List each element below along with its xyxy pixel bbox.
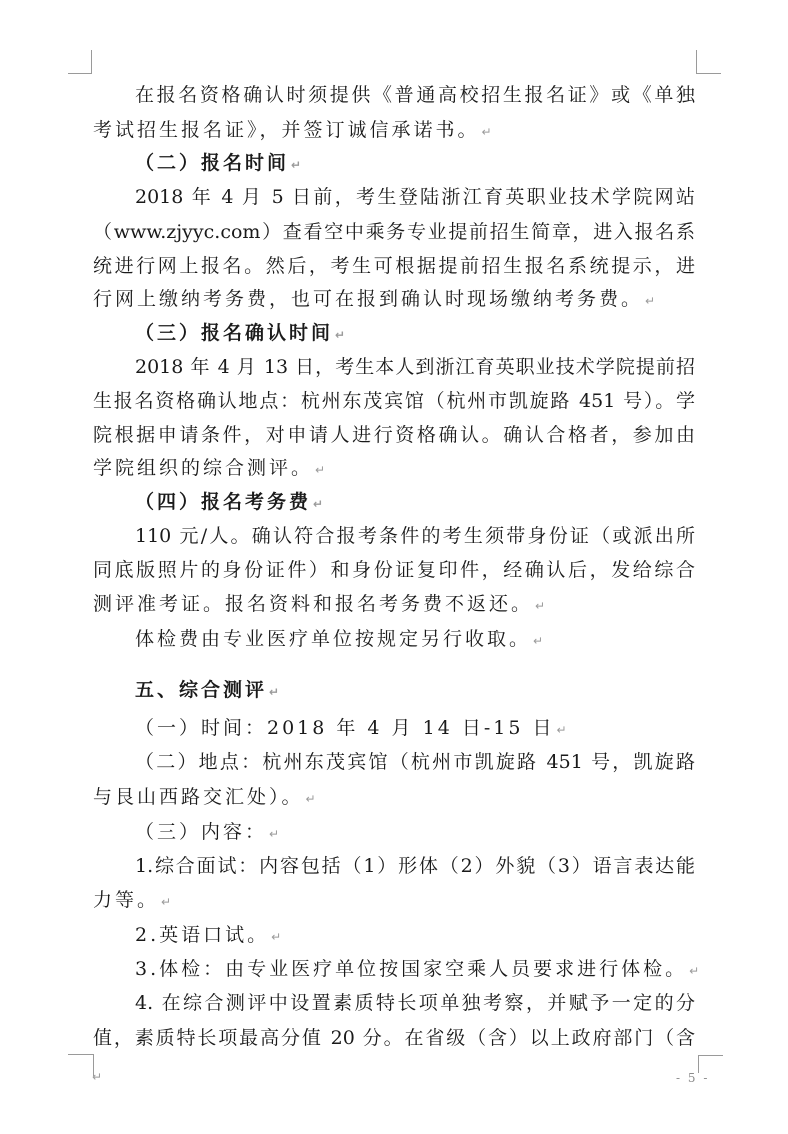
page-number: - 5 - (676, 1071, 709, 1085)
line-text: 2018 年 4 月 13 日，考生本人到浙江育英职业技术学院提前招 (135, 356, 695, 378)
text-line: 3.体检：由专业医疗单位按国家空乘人员要求进行体检。↵ (93, 952, 695, 986)
text-line: 同底版照片的身份证件）和身份证复印件，经确认后，发给综合 (93, 553, 695, 587)
text-line: （二）地点：杭州东茂宾馆（杭州市凯旋路 451 号，凯旋路 (93, 745, 695, 779)
paragraph-mark-icon: ↵ (269, 685, 282, 699)
paragraph-mark-icon: ↵ (645, 294, 658, 308)
paragraph-mark-icon: ↵ (335, 328, 348, 342)
line-text: 五、综合测评 (135, 679, 267, 701)
text-line: 行网上缴纳考务费，也可在报到确认时现场缴纳考务费。↵ (93, 282, 695, 316)
line-text: （三）内容： (135, 821, 267, 843)
line-text: 值，素质特长项最高分值 20 分。在省级（含）以上政府部门（含 (93, 1027, 695, 1049)
line-text: 1.综合面试：内容包括（1）形体（2）外貌（3）语言表达能 (135, 855, 695, 877)
text-line: 在报名资格确认时须提供《普通高校招生报名证》或《单独 (93, 78, 695, 112)
line-text: 在报名资格确认时须提供《普通高校招生报名证》或《单独 (135, 84, 695, 106)
line-text: （www.zjyyc.com）查看空中乘务专业提前招生简章，进入报名系 (93, 221, 695, 243)
section-heading: （四）报名考务费↵ (93, 485, 695, 519)
line-text: （四）报名考务费 (135, 491, 311, 513)
section-heading: 五、综合测评↵ (93, 673, 695, 707)
crop-mark-top-right (696, 50, 721, 74)
line-text: （二）地点：杭州东茂宾馆（杭州市凯旋路 451 号，凯旋路 (135, 751, 695, 773)
paragraph-mark-icon: ↵ (271, 930, 284, 944)
line-text: 4. 在综合测评中设置素质特长项单独考察，并赋予一定的分 (135, 992, 695, 1014)
paragraph-mark-icon: ↵ (161, 895, 174, 909)
text-line: 生报名资格确认地点：杭州东茂宾馆（杭州市凯旋路 451 号）。学 (93, 384, 695, 418)
paragraph-mark-icon: ↵ (269, 827, 282, 841)
line-text: 生报名资格确认地点：杭州东茂宾馆（杭州市凯旋路 451 号）。学 (93, 390, 695, 412)
text-line: 2018 年 4 月 5 日前，考生登陆浙江育英职业技术学院网站 (93, 180, 695, 214)
text-line: 院根据申请条件，对申请人进行资格确认。确认合格者，参加由 (93, 418, 695, 452)
line-text: 2.英语口试。 (135, 924, 269, 946)
paragraph-mark-icon: ↵ (482, 125, 495, 139)
crop-mark-top-left (68, 50, 92, 74)
line-text: 与艮山西路交汇处）。 (93, 786, 304, 808)
text-line: 4. 在综合测评中设置素质特长项单独考察，并赋予一定的分 (93, 986, 695, 1020)
paragraph-mark-icon: ↵ (291, 158, 304, 172)
line-text: 3.体检：由专业医疗单位按国家空乘人员要求进行体检。 (135, 958, 687, 980)
line-text: 统进行网上报名。然后，考生可根据提前招生报名系统提示，进 (93, 255, 695, 277)
line-text: （三）报名确认时间 (135, 322, 333, 344)
paragraph-mark-icon: ↵ (535, 599, 548, 613)
text-line: （一）时间：2018 年 4 月 14 日-15 日↵ (93, 711, 695, 745)
line-text: 测评准考证。报名资料和报名考务费不返还。 (93, 593, 533, 615)
line-text: （一）时间：2018 年 4 月 14 日-15 日 (135, 717, 554, 739)
text-line: （三）内容：↵ (93, 815, 695, 849)
text-line: 值，素质特长项最高分值 20 分。在省级（含）以上政府部门（含 (93, 1021, 695, 1055)
text-line: （www.zjyyc.com）查看空中乘务专业提前招生简章，进入报名系 (93, 215, 695, 249)
paragraph-mark-icon: ↵ (315, 463, 328, 477)
line-text: 院根据申请条件，对申请人进行资格确认。确认合格者，参加由 (93, 424, 695, 446)
paragraph-mark-icon: ↵ (689, 964, 702, 978)
text-line: 学院组织的综合测评。↵ (93, 451, 695, 485)
section-heading: （二）报名时间↵ (93, 146, 695, 180)
paragraph-mark-icon: ↵ (313, 497, 326, 511)
text-line: 力等。↵ (93, 883, 695, 917)
document-page: 在报名资格确认时须提供《普通高校招生报名证》或《单独考试招生报名证》，并签订诚信… (0, 0, 788, 1134)
line-text: （二）报名时间 (135, 152, 289, 174)
line-text: 2018 年 4 月 5 日前，考生登陆浙江育英职业技术学院网站 (135, 186, 695, 208)
line-text: 同底版照片的身份证件）和身份证复印件，经确认后，发给综合 (93, 559, 695, 581)
line-text: 110 元/人。确认符合报考条件的考生须带身份证（或派出所 (135, 525, 695, 547)
text-line: 与艮山西路交汇处）。↵ (93, 780, 695, 814)
text-line: 考试招生报名证》，并签订诚信承诺书。↵ (93, 113, 695, 147)
line-text: 体检费由专业医疗单位按规定另行收取。 (135, 628, 531, 650)
section-heading: （三）报名确认时间↵ (93, 316, 695, 350)
text-line: 110 元/人。确认符合报考条件的考生须带身份证（或派出所 (93, 519, 695, 553)
text-line: 2.英语口试。↵ (93, 918, 695, 952)
line-text: 考试招生报名证》，并签订诚信承诺书。 (93, 119, 480, 141)
line-text: 力等。 (93, 889, 159, 911)
crop-mark-bottom-left (68, 1054, 94, 1076)
paragraph-mark-icon: ↵ (556, 723, 569, 737)
paragraph-mark-icon: ↵ (533, 634, 546, 648)
paragraph-mark-icon: ↵ (92, 1070, 102, 1084)
line-text: 学院组织的综合测评。 (93, 457, 313, 479)
text-line: 1.综合面试：内容包括（1）形体（2）外貌（3）语言表达能 (93, 849, 695, 883)
line-text: 行网上缴纳考务费，也可在报到确认时现场缴纳考务费。 (93, 288, 643, 310)
text-line: 测评准考证。报名资料和报名考务费不返还。↵ (93, 587, 695, 621)
text-line: 统进行网上报名。然后，考生可根据提前招生报名系统提示，进 (93, 249, 695, 283)
paragraph-mark-icon: ↵ (306, 792, 319, 806)
text-line: 2018 年 4 月 13 日，考生本人到浙江育英职业技术学院提前招 (93, 350, 695, 384)
text-line: 体检费由专业医疗单位按规定另行收取。↵ (93, 622, 695, 656)
